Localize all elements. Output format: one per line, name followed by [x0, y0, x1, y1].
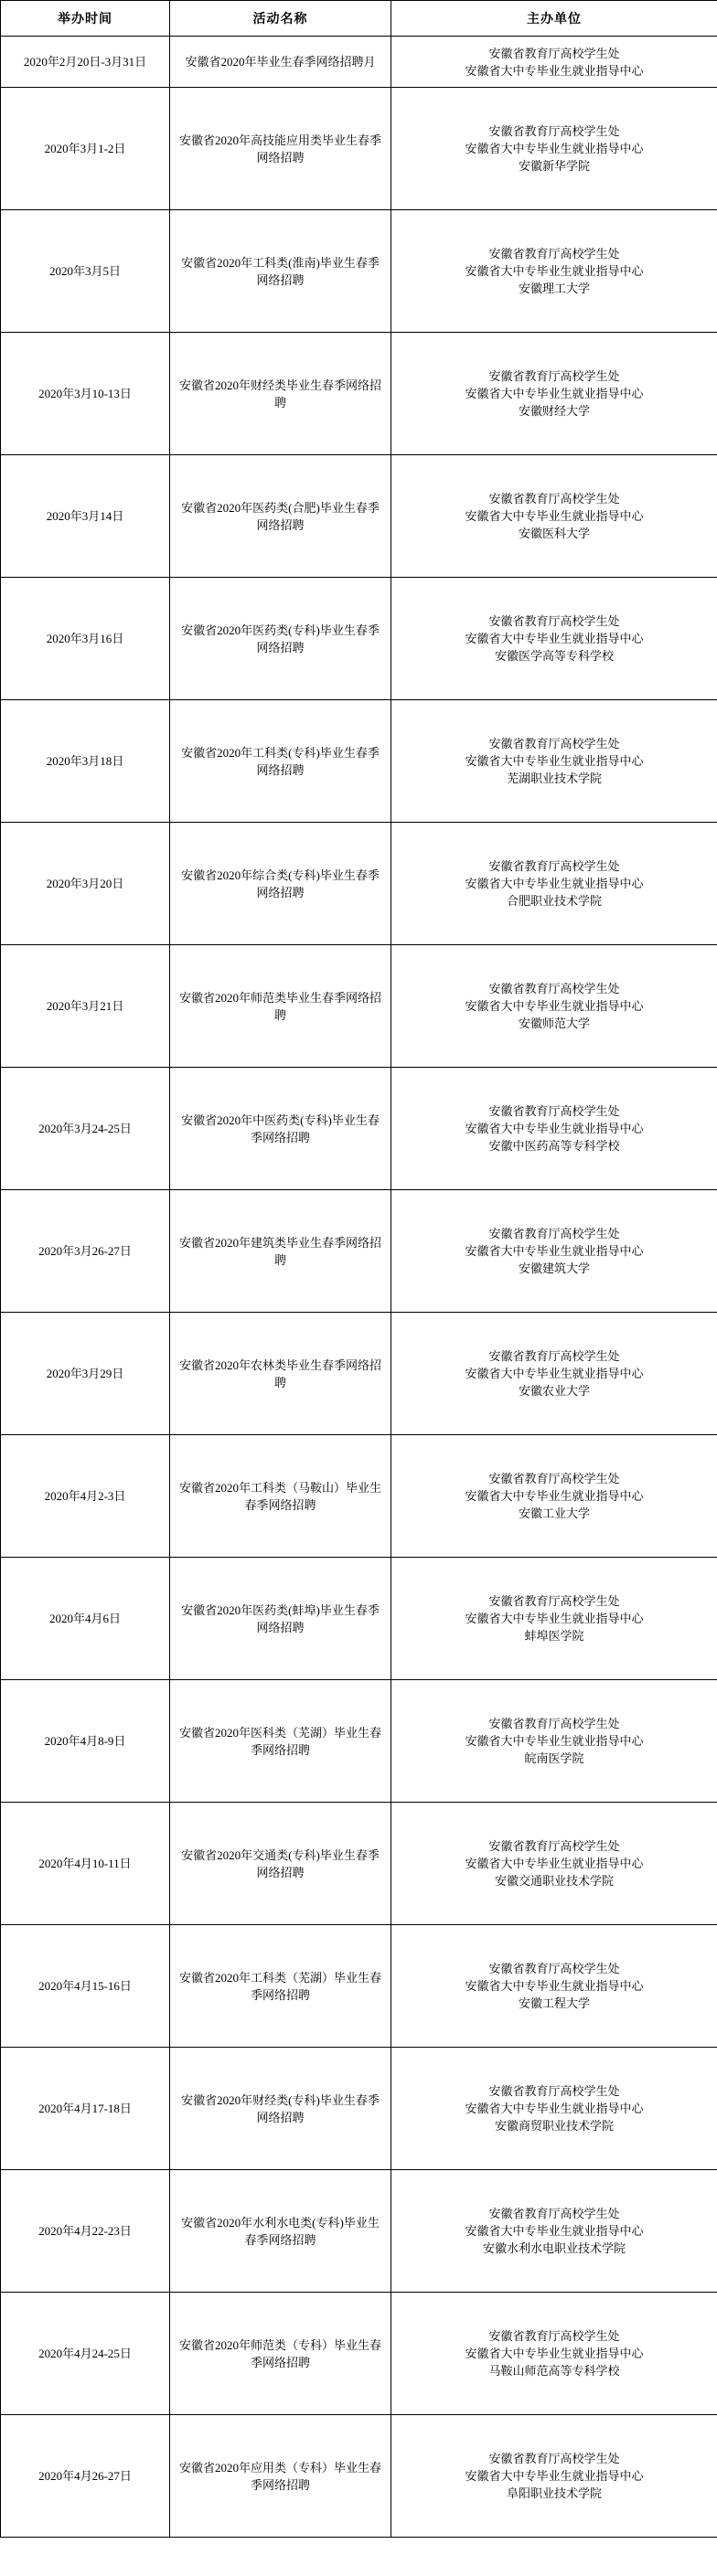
- activity-name-cell: 安徽省2020年综合类(专科)毕业生春季网络招聘: [170, 823, 391, 945]
- column-header-organizer: 主办单位: [391, 1, 717, 37]
- activity-name-cell: 安徽省2020年医药类(专科)毕业生春季网络招聘: [170, 578, 391, 700]
- event-time-cell: 2020年3月1-2日: [1, 88, 170, 210]
- table-row: 2020年3月26-27日安徽省2020年建筑类毕业生春季网络招聘安徽省教育厅高…: [1, 1190, 717, 1313]
- event-time-cell: 2020年3月18日: [1, 700, 170, 823]
- organizer-cell: 安徽省教育厅高校学生处 安徽省大中专毕业生就业指导中心 安徽工程大学: [391, 1925, 717, 2048]
- event-time-cell: 2020年3月21日: [1, 945, 170, 1068]
- event-time-cell: 2020年4月15-16日: [1, 1925, 170, 2048]
- column-header-time: 举办时间: [1, 1, 170, 37]
- organizer-cell: 安徽省教育厅高校学生处 安徽省大中专毕业生就业指导中心 安徽新华学院: [391, 88, 717, 210]
- table-row: 2020年2月20日-3月31日安徽省2020年毕业生春季网络招聘月安徽省教育厅…: [1, 37, 717, 88]
- table-row: 2020年4月22-23日安徽省2020年水利水电类(专科)毕业生春季网络招聘安…: [1, 2170, 717, 2293]
- recruitment-schedule-page: 举办时间 活动名称 主办单位 2020年2月20日-3月31日安徽省2020年毕…: [0, 0, 717, 2538]
- organizer-cell: 安徽省教育厅高校学生处 安徽省大中专毕业生就业指导中心 安徽财经大学: [391, 333, 717, 455]
- table-row: 2020年4月24-25日安徽省2020年师范类（专科）毕业生春季网络招聘安徽省…: [1, 2293, 717, 2415]
- event-time-cell: 2020年4月24-25日: [1, 2293, 170, 2415]
- activity-name-cell: 安徽省2020年工科类(淮南)毕业生春季网络招聘: [170, 210, 391, 333]
- event-time-cell: 2020年4月22-23日: [1, 2170, 170, 2293]
- table-row: 2020年3月20日安徽省2020年综合类(专科)毕业生春季网络招聘安徽省教育厅…: [1, 823, 717, 945]
- event-time-cell: 2020年4月10-11日: [1, 1803, 170, 1925]
- table-row: 2020年4月6日安徽省2020年医药类(蚌埠)毕业生春季网络招聘安徽省教育厅高…: [1, 1558, 717, 1680]
- table-row: 2020年4月15-16日安徽省2020年工科类（芜湖）毕业生春季网络招聘安徽省…: [1, 1925, 717, 2048]
- organizer-cell: 安徽省教育厅高校学生处 安徽省大中专毕业生就业指导中心 阜阳职业技术学院: [391, 2415, 717, 2538]
- event-time-cell: 2020年4月17-18日: [1, 2048, 170, 2170]
- organizer-cell: 安徽省教育厅高校学生处 安徽省大中专毕业生就业指导中心 芜湖职业技术学院: [391, 700, 717, 823]
- organizer-cell: 安徽省教育厅高校学生处 安徽省大中专毕业生就业指导中心 合肥职业技术学院: [391, 823, 717, 945]
- event-time-cell: 2020年4月26-27日: [1, 2415, 170, 2538]
- activity-name-cell: 安徽省2020年毕业生春季网络招聘月: [170, 37, 391, 88]
- activity-name-cell: 安徽省2020年师范类（专科）毕业生春季网络招聘: [170, 2293, 391, 2415]
- table-row: 2020年3月5日安徽省2020年工科类(淮南)毕业生春季网络招聘安徽省教育厅高…: [1, 210, 717, 333]
- activity-name-cell: 安徽省2020年交通类(专科)毕业生春季网络招聘: [170, 1803, 391, 1925]
- table-row: 2020年4月17-18日安徽省2020年财经类(专科)毕业生春季网络招聘安徽省…: [1, 2048, 717, 2170]
- event-time-cell: 2020年3月16日: [1, 578, 170, 700]
- header-row: 举办时间 活动名称 主办单位: [1, 1, 717, 37]
- event-time-cell: 2020年3月24-25日: [1, 1068, 170, 1190]
- event-time-cell: 2020年4月6日: [1, 1558, 170, 1680]
- column-header-activity: 活动名称: [170, 1, 391, 37]
- activity-name-cell: 安徽省2020年工科类（马鞍山）毕业生春季网络招聘: [170, 1435, 391, 1558]
- activity-name-cell: 安徽省2020年中医药类(专科)毕业生春季网络招聘: [170, 1068, 391, 1190]
- table-row: 2020年3月24-25日安徽省2020年中医药类(专科)毕业生春季网络招聘安徽…: [1, 1068, 717, 1190]
- activity-name-cell: 安徽省2020年水利水电类(专科)毕业生春季网络招聘: [170, 2170, 391, 2293]
- activity-name-cell: 安徽省2020年高技能应用类毕业生春季网络招聘: [170, 88, 391, 210]
- event-time-cell: 2020年4月8-9日: [1, 1680, 170, 1803]
- activity-name-cell: 安徽省2020年应用类（专科）毕业生春季网络招聘: [170, 2415, 391, 2538]
- activity-name-cell: 安徽省2020年医药类(蚌埠)毕业生春季网络招聘: [170, 1558, 391, 1680]
- event-time-cell: 2020年4月2-3日: [1, 1435, 170, 1558]
- activity-name-cell: 安徽省2020年工科类（芜湖）毕业生春季网络招聘: [170, 1925, 391, 2048]
- activity-name-cell: 安徽省2020年工科类(专科)毕业生春季网络招聘: [170, 700, 391, 823]
- organizer-cell: 安徽省教育厅高校学生处 安徽省大中专毕业生就业指导中心 皖南医学院: [391, 1680, 717, 1803]
- organizer-cell: 安徽省教育厅高校学生处 安徽省大中专毕业生就业指导中心 安徽工业大学: [391, 1435, 717, 1558]
- table-row: 2020年3月14日安徽省2020年医药类(合肥)毕业生春季网络招聘安徽省教育厅…: [1, 455, 717, 578]
- event-time-cell: 2020年3月26-27日: [1, 1190, 170, 1313]
- activity-name-cell: 安徽省2020年财经类毕业生春季网络招聘: [170, 333, 391, 455]
- organizer-cell: 安徽省教育厅高校学生处 安徽省大中专毕业生就业指导中心 安徽农业大学: [391, 1313, 717, 1435]
- event-time-cell: 2020年3月14日: [1, 455, 170, 578]
- table-body: 2020年2月20日-3月31日安徽省2020年毕业生春季网络招聘月安徽省教育厅…: [1, 37, 717, 2538]
- recruitment-schedule-table: 举办时间 活动名称 主办单位 2020年2月20日-3月31日安徽省2020年毕…: [0, 0, 717, 2538]
- organizer-cell: 安徽省教育厅高校学生处 安徽省大中专毕业生就业指导中心 安徽商贸职业技术学院: [391, 2048, 717, 2170]
- table-row: 2020年3月16日安徽省2020年医药类(专科)毕业生春季网络招聘安徽省教育厅…: [1, 578, 717, 700]
- table-row: 2020年4月10-11日安徽省2020年交通类(专科)毕业生春季网络招聘安徽省…: [1, 1803, 717, 1925]
- organizer-cell: 安徽省教育厅高校学生处 安徽省大中专毕业生就业指导中心: [391, 37, 717, 88]
- table-row: 2020年3月29日安徽省2020年农林类毕业生春季网络招聘安徽省教育厅高校学生…: [1, 1313, 717, 1435]
- table-row: 2020年4月8-9日安徽省2020年医科类（芜湖）毕业生春季网络招聘安徽省教育…: [1, 1680, 717, 1803]
- activity-name-cell: 安徽省2020年财经类(专科)毕业生春季网络招聘: [170, 2048, 391, 2170]
- activity-name-cell: 安徽省2020年农林类毕业生春季网络招聘: [170, 1313, 391, 1435]
- organizer-cell: 安徽省教育厅高校学生处 安徽省大中专毕业生就业指导中心 安徽交通职业技术学院: [391, 1803, 717, 1925]
- table-row: 2020年3月18日安徽省2020年工科类(专科)毕业生春季网络招聘安徽省教育厅…: [1, 700, 717, 823]
- table-row: 2020年3月21日安徽省2020年师范类毕业生春季网络招聘安徽省教育厅高校学生…: [1, 945, 717, 1068]
- organizer-cell: 安徽省教育厅高校学生处 安徽省大中专毕业生就业指导中心 安徽师范大学: [391, 945, 717, 1068]
- organizer-cell: 安徽省教育厅高校学生处 安徽省大中专毕业生就业指导中心 安徽水利水电职业技术学院: [391, 2170, 717, 2293]
- event-time-cell: 2020年2月20日-3月31日: [1, 37, 170, 88]
- event-time-cell: 2020年3月5日: [1, 210, 170, 333]
- organizer-cell: 安徽省教育厅高校学生处 安徽省大中专毕业生就业指导中心 马鞍山师范高等专科学校: [391, 2293, 717, 2415]
- table-row: 2020年4月2-3日安徽省2020年工科类（马鞍山）毕业生春季网络招聘安徽省教…: [1, 1435, 717, 1558]
- table-header: 举办时间 活动名称 主办单位: [1, 1, 717, 37]
- table-row: 2020年4月26-27日安徽省2020年应用类（专科）毕业生春季网络招聘安徽省…: [1, 2415, 717, 2538]
- organizer-cell: 安徽省教育厅高校学生处 安徽省大中专毕业生就业指导中心 安徽理工大学: [391, 210, 717, 333]
- activity-name-cell: 安徽省2020年医药类(合肥)毕业生春季网络招聘: [170, 455, 391, 578]
- organizer-cell: 安徽省教育厅高校学生处 安徽省大中专毕业生就业指导中心 安徽建筑大学: [391, 1190, 717, 1313]
- activity-name-cell: 安徽省2020年师范类毕业生春季网络招聘: [170, 945, 391, 1068]
- activity-name-cell: 安徽省2020年医科类（芜湖）毕业生春季网络招聘: [170, 1680, 391, 1803]
- activity-name-cell: 安徽省2020年建筑类毕业生春季网络招聘: [170, 1190, 391, 1313]
- organizer-cell: 安徽省教育厅高校学生处 安徽省大中专毕业生就业指导中心 蚌埠医学院: [391, 1558, 717, 1680]
- organizer-cell: 安徽省教育厅高校学生处 安徽省大中专毕业生就业指导中心 安徽中医药高等专科学校: [391, 1068, 717, 1190]
- event-time-cell: 2020年3月29日: [1, 1313, 170, 1435]
- event-time-cell: 2020年3月10-13日: [1, 333, 170, 455]
- table-row: 2020年3月10-13日安徽省2020年财经类毕业生春季网络招聘安徽省教育厅高…: [1, 333, 717, 455]
- table-row: 2020年3月1-2日安徽省2020年高技能应用类毕业生春季网络招聘安徽省教育厅…: [1, 88, 717, 210]
- organizer-cell: 安徽省教育厅高校学生处 安徽省大中专毕业生就业指导中心 安徽医科大学: [391, 455, 717, 578]
- organizer-cell: 安徽省教育厅高校学生处 安徽省大中专毕业生就业指导中心 安徽医学高等专科学校: [391, 578, 717, 700]
- event-time-cell: 2020年3月20日: [1, 823, 170, 945]
